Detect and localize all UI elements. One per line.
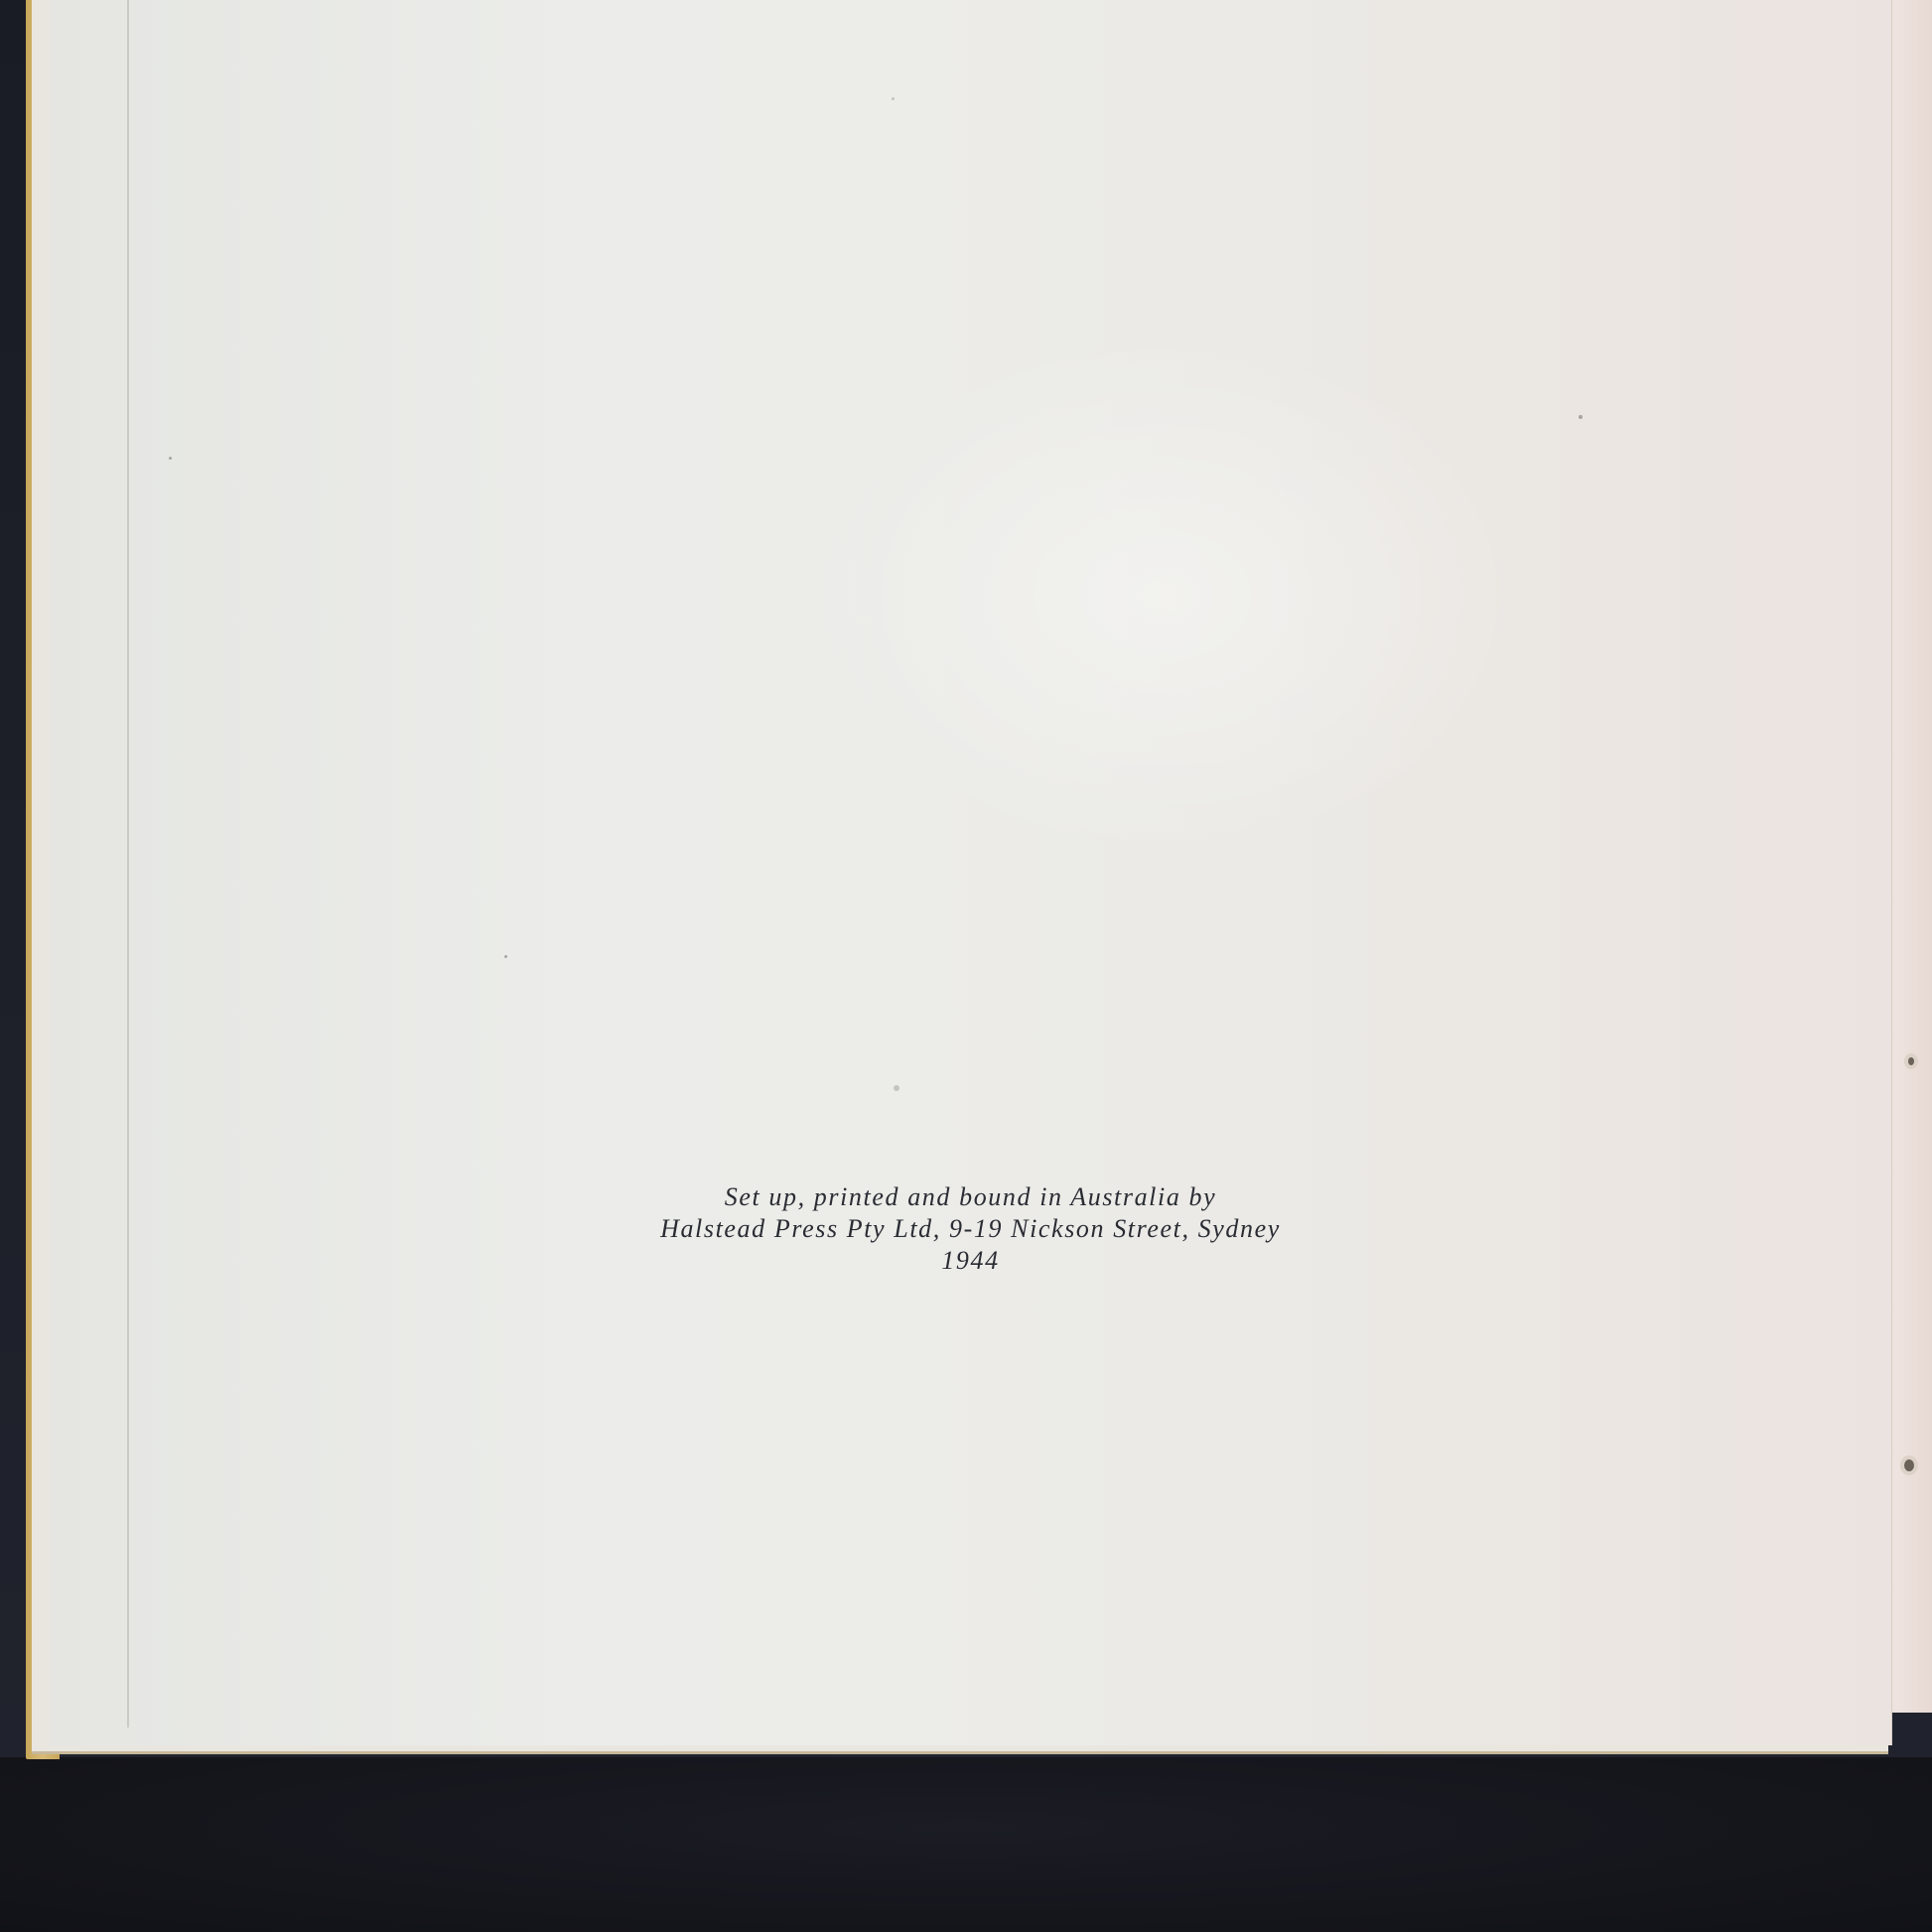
- printer-imprint: Set up, printed and bound in Australia b…: [50, 1181, 1891, 1277]
- imprint-year: 1944: [50, 1245, 1891, 1277]
- paper-speck: [892, 97, 895, 100]
- paper-speck: [504, 955, 507, 958]
- book-page: Set up, printed and bound in Australia b…: [50, 0, 1892, 1745]
- page-fold-line: [127, 0, 129, 1727]
- paper-speck: [169, 457, 172, 460]
- stitch-hole: [1908, 1057, 1914, 1065]
- paper-speck: [894, 1085, 899, 1091]
- imprint-line-1: Set up, printed and bound in Australia b…: [50, 1181, 1891, 1213]
- stitch-hole: [1904, 1459, 1914, 1471]
- paper-speck: [1579, 415, 1583, 419]
- table-surface: [0, 1757, 1932, 1932]
- imprint-line-2: Halstead Press Pty Ltd, 9-19 Nickson Str…: [50, 1213, 1891, 1245]
